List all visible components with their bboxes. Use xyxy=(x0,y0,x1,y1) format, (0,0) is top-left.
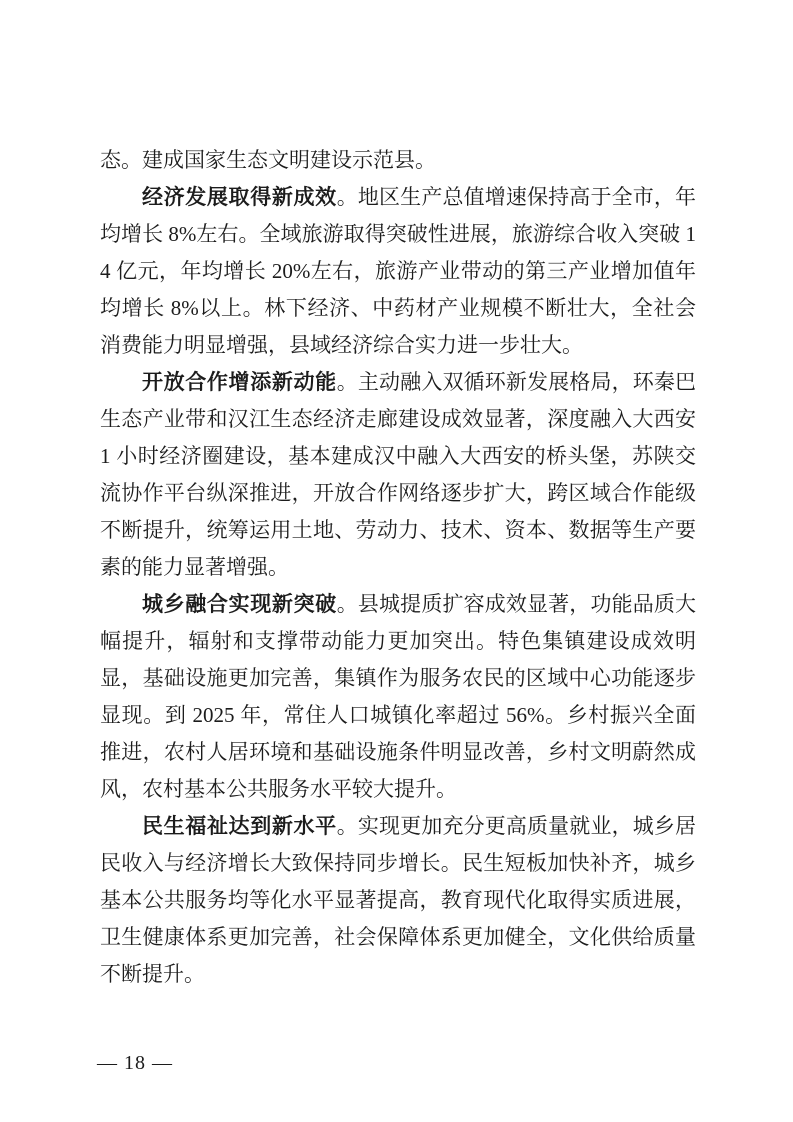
paragraph-economic-development: 经济发展取得新成效。地区生产总值增速保持高于全市，年均增长 8%左右。全域旅游取… xyxy=(100,179,696,364)
paragraph-body-text: 。地区生产总值增速保持高于全市，年均增长 8%左右。全域旅游取得突破性进展，旅游… xyxy=(100,185,696,357)
paragraph-lead-heading: 民生福祉达到新水平 xyxy=(142,814,337,838)
document-body: 态。建成国家生态文明建设示范县。 经济发展取得新成效。地区生产总值增速保持高于全… xyxy=(100,142,696,993)
paragraph-peoples-livelihood: 民生福祉达到新水平。实现更加充分更高质量就业，城乡居民收入与经济增长大致保持同步… xyxy=(100,808,696,993)
paragraph-lead-heading: 城乡融合实现新突破 xyxy=(142,592,337,616)
paragraph-urban-rural-integration: 城乡融合实现新突破。县城提质扩容成效显著，功能品质大幅提升，辐射和支撑带动能力更… xyxy=(100,586,696,808)
paragraph-lead-heading: 开放合作增添新动能 xyxy=(142,370,337,394)
paragraph-body-text: 态。建成国家生态文明建设示范县。 xyxy=(100,148,436,172)
paragraph-continuation: 态。建成国家生态文明建设示范县。 xyxy=(100,142,696,179)
paragraph-lead-heading: 经济发展取得新成效 xyxy=(142,185,337,209)
document-page: 态。建成国家生态文明建设示范县。 经济发展取得新成效。地区生产总值增速保持高于全… xyxy=(0,0,793,1122)
paragraph-body-text: 。实现更加充分更高质量就业，城乡居民收入与经济增长大致保持同步增长。民生短板加快… xyxy=(100,814,696,986)
page-number-label: — 18 — xyxy=(97,1052,173,1074)
page-number-footer: — 18 — xyxy=(97,1048,173,1078)
paragraph-opening-cooperation: 开放合作增添新动能。主动融入双循环新发展格局，环秦巴生态产业带和汉江生态经济走廊… xyxy=(100,364,696,586)
paragraph-body-text: 。县城提质扩容成效显著，功能品质大幅提升，辐射和支撑带动能力更加突出。特色集镇建… xyxy=(100,592,696,801)
paragraph-body-text: 。主动融入双循环新发展格局，环秦巴生态产业带和汉江生态经济走廊建设成效显著，深度… xyxy=(100,370,696,579)
